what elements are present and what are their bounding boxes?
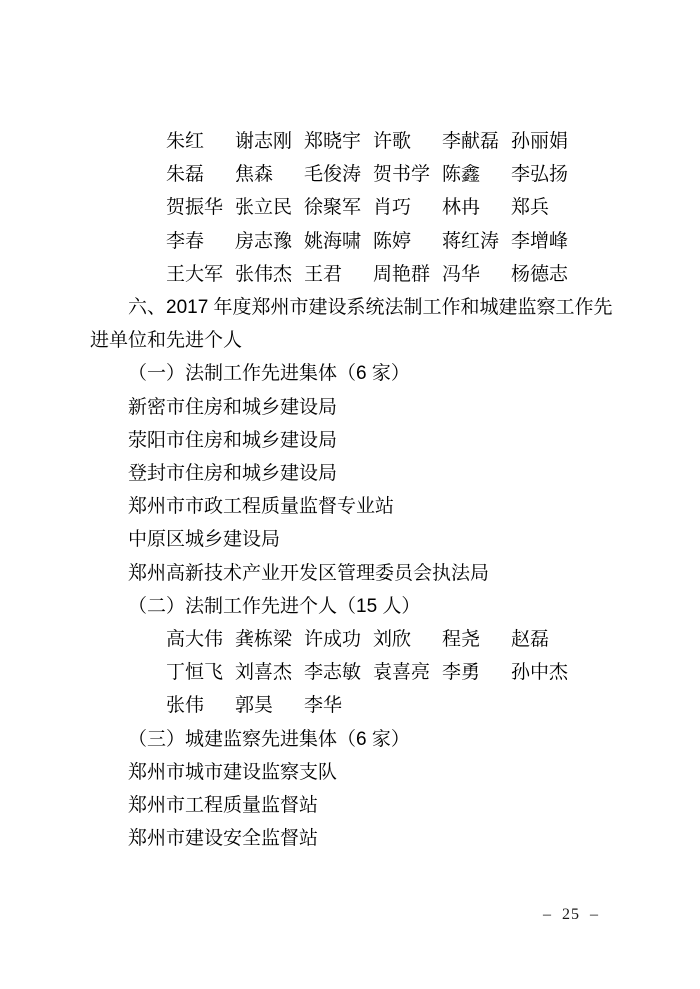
name-list-row: 朱红谢志刚郑晓宇许歌李献磊孙丽娟 bbox=[90, 125, 615, 158]
body-line: 郑州高新技术产业开发区管理委员会执法局 bbox=[90, 557, 615, 590]
person-name: 冯华 bbox=[404, 258, 461, 291]
person-name: 王大军 bbox=[128, 258, 185, 291]
person-name: 姚海啸 bbox=[266, 225, 323, 258]
person-name: 焦森 bbox=[197, 158, 254, 191]
person-name: 朱磊 bbox=[128, 158, 185, 191]
section-heading: 六、2017 年度郑州市建设系统法制工作和城建监察工作先 bbox=[90, 291, 615, 324]
subsection-heading: （二）法制工作先进个人（15 人） bbox=[90, 590, 615, 623]
person-name: 孙中杰 bbox=[473, 656, 530, 689]
document-body: 朱红谢志刚郑晓宇许歌李献磊孙丽娟朱磊焦森毛俊涛贺书学陈鑫李弘扬贺振华张立民徐聚军… bbox=[90, 125, 615, 855]
person-name: 徐聚军 bbox=[266, 191, 323, 224]
name-list-row: 丁恒飞刘喜杰李志敏袁喜亮李勇孙中杰 bbox=[90, 656, 615, 689]
body-line: 郑州市城市建设监察支队 bbox=[90, 756, 615, 789]
body-line: 登封市住房和城乡建设局 bbox=[90, 457, 615, 490]
person-name: 刘欣 bbox=[335, 623, 392, 656]
body-line: 中原区城乡建设局 bbox=[90, 523, 615, 556]
person-name: 贺振华 bbox=[128, 191, 185, 224]
name-list-row: 李春房志豫姚海啸陈婷蒋红涛李增峰 bbox=[90, 225, 615, 258]
person-name: 张立民 bbox=[197, 191, 254, 224]
person-name: 李志敏 bbox=[266, 656, 323, 689]
person-name: 陈婷 bbox=[335, 225, 392, 258]
person-name: 郭昊 bbox=[197, 689, 254, 722]
person-name: 李勇 bbox=[404, 656, 461, 689]
person-name: 许歌 bbox=[335, 125, 392, 158]
person-name: 贺书学 bbox=[335, 158, 392, 191]
body-line: 郑州市工程质量监督站 bbox=[90, 789, 615, 822]
person-name: 袁喜亮 bbox=[335, 656, 392, 689]
body-line: 荥阳市住房和城乡建设局 bbox=[90, 424, 615, 457]
body-line: 新密市住房和城乡建设局 bbox=[90, 391, 615, 424]
person-name: 刘喜杰 bbox=[197, 656, 254, 689]
person-name: 张伟杰 bbox=[197, 258, 254, 291]
person-name: 肖巧 bbox=[335, 191, 392, 224]
body-line: 郑州市市政工程质量监督专业站 bbox=[90, 490, 615, 523]
person-name: 毛俊涛 bbox=[266, 158, 323, 191]
person-name: 陈鑫 bbox=[404, 158, 461, 191]
person-name: 李春 bbox=[128, 225, 185, 258]
document-page: 朱红谢志刚郑晓宇许歌李献磊孙丽娟朱磊焦森毛俊涛贺书学陈鑫李弘扬贺振华张立民徐聚军… bbox=[0, 0, 700, 989]
person-name: 高大伟 bbox=[128, 623, 185, 656]
person-name: 李献磊 bbox=[404, 125, 461, 158]
name-list-row: 王大军张伟杰王君周艳群冯华杨德志 bbox=[90, 258, 615, 291]
person-name: 蒋红涛 bbox=[404, 225, 461, 258]
person-name: 李华 bbox=[266, 689, 323, 722]
name-list-row: 贺振华张立民徐聚军肖巧林冉郑兵 bbox=[90, 191, 615, 224]
person-name: 程尧 bbox=[404, 623, 461, 656]
subsection-heading: （一）法制工作先进集体（6 家） bbox=[90, 357, 615, 390]
page-number: – 25 – bbox=[543, 906, 599, 924]
person-name: 杨德志 bbox=[473, 258, 530, 291]
name-list-row: 高大伟龚栋梁许成功刘欣程尧赵磊 bbox=[90, 623, 615, 656]
person-name: 郑晓宇 bbox=[266, 125, 323, 158]
person-name: 郑兵 bbox=[473, 191, 530, 224]
person-name: 孙丽娟 bbox=[473, 125, 530, 158]
person-name: 丁恒飞 bbox=[128, 656, 185, 689]
name-list-row: 张伟郭昊李华 bbox=[90, 689, 615, 722]
person-name: 房志豫 bbox=[197, 225, 254, 258]
person-name: 谢志刚 bbox=[197, 125, 254, 158]
person-name: 龚栋梁 bbox=[197, 623, 254, 656]
person-name: 许成功 bbox=[266, 623, 323, 656]
person-name: 周艳群 bbox=[335, 258, 392, 291]
name-list-row: 朱磊焦森毛俊涛贺书学陈鑫李弘扬 bbox=[90, 158, 615, 191]
person-name: 朱红 bbox=[128, 125, 185, 158]
section-heading: 进单位和先进个人 bbox=[90, 324, 615, 357]
person-name: 李增峰 bbox=[473, 225, 530, 258]
person-name: 张伟 bbox=[128, 689, 185, 722]
person-name: 林冉 bbox=[404, 191, 461, 224]
person-name: 王君 bbox=[266, 258, 323, 291]
person-name: 李弘扬 bbox=[473, 158, 530, 191]
subsection-heading: （三）城建监察先进集体（6 家） bbox=[90, 723, 615, 756]
person-name: 赵磊 bbox=[473, 623, 530, 656]
body-line: 郑州市建设安全监督站 bbox=[90, 822, 615, 855]
